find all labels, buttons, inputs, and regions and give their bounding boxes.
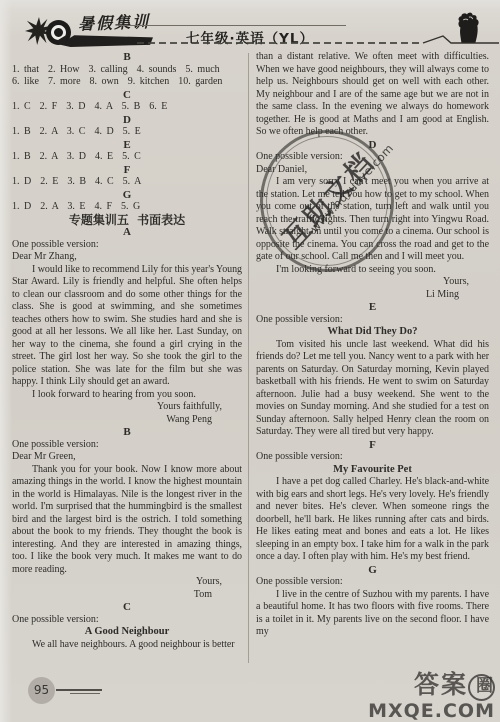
answer-section-label: B	[12, 51, 242, 64]
site-watermark-brand: 答案圈	[368, 671, 495, 701]
essay-body: I have a pet dog called Charley. He's bl…	[256, 476, 489, 564]
essay-label-a: A	[12, 226, 242, 239]
site-watermark-url: MXQE.COM	[368, 701, 495, 722]
answer-row: 1. C 2. F 3. D 4. A 5. B 6. E	[12, 101, 242, 114]
writing-section-heading: 专题集训五 书面表达	[12, 214, 242, 227]
essay-salutation: Dear Mr Zhang,	[12, 251, 242, 264]
essay-signature: Tom	[12, 589, 242, 602]
essay-intro: One possible version:	[256, 576, 489, 589]
essay-closing: I look forward to hearing from you soon.	[12, 389, 242, 402]
essay-body-start: We all have neighbours. A good neighbour…	[12, 639, 242, 652]
page-number-rule-thin	[70, 693, 100, 694]
essay-title: A Good Neighbour	[12, 626, 242, 639]
essay-closing: I'm looking forward to seeing you soon.	[256, 264, 489, 277]
answer-row: 1. that 2. How 3. calling 4. sounds 5. m…	[12, 64, 242, 77]
site-watermark-brand-text: 答案	[414, 670, 468, 699]
essay-intro: One possible version:	[256, 451, 489, 464]
answer-section-label: G	[12, 189, 242, 202]
essay-label-f: F	[256, 439, 489, 452]
header-dashed-rule	[135, 33, 500, 49]
essay-body: Tom visited his uncle last weekend. What…	[256, 339, 489, 439]
essay-intro: One possible version:	[12, 614, 242, 627]
column-divider	[248, 53, 249, 663]
essay-signature: Wang Peng	[12, 414, 242, 427]
essay-body: Thank you for your book. Now I know more…	[12, 464, 242, 577]
answer-row: 1. B 2. A 3. C 4. D 5. E	[12, 126, 242, 139]
answer-row: 1. D 2. E 3. B 4. C 5. A	[12, 176, 242, 189]
essay-label-g: G	[256, 564, 489, 577]
essay-salutation: Dear Mr Green,	[12, 451, 242, 464]
essay-body: I live in the centre of Suzhou with my p…	[256, 589, 489, 639]
essay-intro: One possible version:	[12, 239, 242, 252]
essay-body-continued: than a distant relative. We often meet w…	[256, 51, 489, 139]
page-number-badge: 95	[28, 677, 55, 704]
essay-label-d: D	[256, 139, 489, 152]
left-column: B 1. that 2. How 3. calling 4. sounds 5.…	[12, 51, 242, 651]
essay-salutation: Dear Daniel,	[256, 164, 489, 177]
essay-signoff: Yours,	[12, 576, 242, 589]
right-column: than a distant relative. We often meet w…	[256, 51, 489, 639]
essay-intro: One possible version:	[12, 439, 242, 452]
answer-row: 6. like 7. more 8. own 9. kitchen 10. ga…	[12, 76, 242, 89]
essay-signoff: Yours,	[256, 276, 489, 289]
essay-signature: Li Ming	[256, 289, 489, 302]
essay-body: I would like to recommend Lily for this …	[12, 264, 242, 389]
scanned-answer-page: 暑假集训 七年级·英语（YL） B 1. that 2. How 3. call…	[0, 0, 500, 722]
answer-section-label: C	[12, 89, 242, 102]
site-watermark: 答案圈 MXQE.COM	[368, 671, 495, 722]
answer-section-label: E	[12, 139, 242, 152]
essay-title: What Did They Do?	[256, 326, 489, 339]
header-top-rule	[118, 25, 346, 26]
answer-row: 1. D 2. A 3. E 4. F 5. G	[12, 201, 242, 214]
essay-title: My Favourite Pet	[256, 464, 489, 477]
essay-label-e: E	[256, 301, 489, 314]
essay-signoff: Yours faithfully,	[12, 401, 242, 414]
answer-row: 1. B 2. A 3. D 4. E 5. C	[12, 151, 242, 164]
essay-label-b: B	[12, 426, 242, 439]
site-watermark-brand-circle: 圈	[468, 674, 495, 701]
essay-body: I am very sorry I can't meet you when yo…	[256, 176, 489, 264]
page-number-rule	[56, 689, 102, 691]
essay-intro: One possible version:	[256, 151, 489, 164]
fist-icon	[452, 11, 482, 44]
answer-section-label: F	[12, 164, 242, 177]
answer-section-label: D	[12, 114, 242, 127]
essay-label-c: C	[12, 601, 242, 614]
essay-intro: One possible version:	[256, 314, 489, 327]
